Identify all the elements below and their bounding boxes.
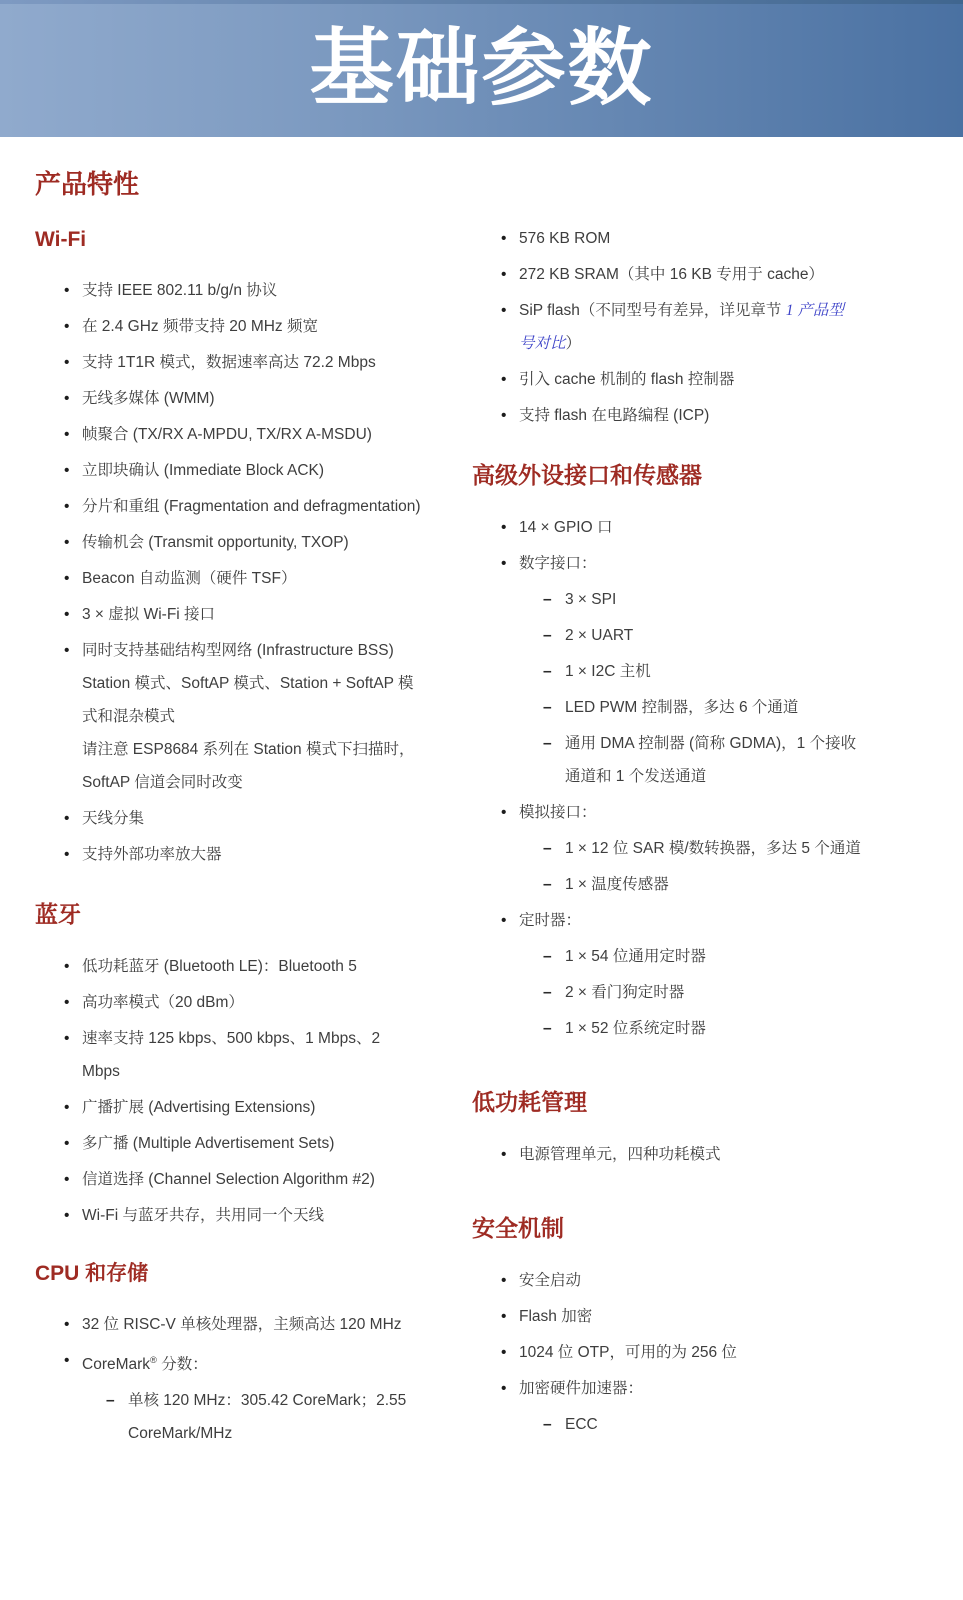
bullet-item: 立即块确认 (Immediate Block ACK)	[35, 454, 470, 487]
banner-top-edge	[0, 0, 963, 4]
bullet-item: 低功耗蓝牙 (Bluetooth LE)：Bluetooth 5	[35, 950, 470, 983]
section-wifi: Wi-Fi 支持 IEEE 802.11 b/g/n 协议在 2.4 GHz 频…	[35, 228, 470, 871]
section-heading-security: 安全机制	[472, 1215, 947, 1242]
page-banner: 基础参数	[0, 0, 963, 137]
section-security: 安全机制 安全启动Flash 加密1024 位 OTP，可用的为 256 位加密…	[472, 1215, 947, 1441]
bullet-text: 引入 cache 机制的 flash 控制器	[519, 371, 734, 388]
bullet-text: 速率支持 125 kbps、500 kbps、1 Mbps、2 Mbps	[82, 1030, 380, 1080]
dash-item: 2 × 看门狗定时器	[519, 976, 947, 1009]
bullet-item: 1024 位 OTP，可用的为 256 位	[472, 1336, 947, 1369]
bullet-item: Flash 加密	[472, 1300, 947, 1333]
wifi-feature-list: 支持 IEEE 802.11 b/g/n 协议在 2.4 GHz 频带支持 20…	[35, 274, 470, 871]
bullet-item: 无线多媒体 (WMM)	[35, 382, 470, 415]
bullet-item: 电源管理单元，四种功耗模式	[472, 1138, 947, 1171]
datasheet-page: 基础参数 产品特性 Wi-Fi 支持 IEEE 802.11 b/g/n 协议在…	[0, 0, 963, 1600]
bullet-item: 32 位 RISC-V 单核处理器，主频高达 120 MHz	[35, 1308, 470, 1341]
bullet-item: 数字接口：3 × SPI2 × UART1 × I2C 主机LED PWM 控制…	[472, 547, 947, 793]
bullet-text: 帧聚合 (TX/RX A-MPDU, TX/RX A-MSDU)	[82, 426, 372, 443]
section-cpu-storage: CPU 和存储 32 位 RISC-V 单核处理器，主频高达 120 MHzCo…	[35, 1262, 470, 1450]
bullet-text: 传输机会 (Transmit opportunity, TXOP)	[82, 534, 349, 551]
bullet-item: 支持 flash 在电路编程 (ICP)	[472, 399, 947, 432]
bullet-text: 数字接口：	[519, 555, 597, 572]
bullet-text: 支持外部功率放大器	[82, 846, 222, 863]
bullet-text: 支持 flash 在电路编程 (ICP)	[519, 407, 709, 424]
dash-item: 1 × 12 位 SAR 模/数转换器，多达 5 个通道	[519, 832, 947, 865]
bullet-item: 576 KB ROM	[472, 222, 947, 255]
bullet-item: CoreMark® 分数：单核 120 MHz：305.42 CoreMark；…	[35, 1344, 470, 1450]
bullet-item: 帧聚合 (TX/RX A-MPDU, TX/RX A-MSDU)	[35, 418, 470, 451]
bullet-text: 模拟接口：	[519, 804, 597, 821]
bullet-text: CoreMark® 分数：	[82, 1356, 208, 1373]
bullet-text: 信道选择 (Channel Selection Algorithm #2)	[82, 1171, 375, 1188]
dash-item: LED PWM 控制器，多达 6 个通道	[519, 691, 947, 724]
bluetooth-feature-list: 低功耗蓝牙 (Bluetooth LE)：Bluetooth 5高功率模式（20…	[35, 950, 470, 1232]
bullet-item: 信道选择 (Channel Selection Algorithm #2)	[35, 1163, 470, 1196]
bullet-item: 支持 IEEE 802.11 b/g/n 协议	[35, 274, 470, 307]
bullet-text: 14 × GPIO 口	[519, 519, 612, 536]
section-heading-low-power: 低功耗管理	[472, 1089, 947, 1116]
dash-item: 通用 DMA 控制器 (简称 GDMA)，1 个接收 通道和 1 个发送通道	[519, 727, 947, 793]
bullet-text: 安全启动	[519, 1272, 581, 1289]
bullet-text: 高功率模式（20 dBm）	[82, 994, 244, 1011]
bullet-item: 支持 1T1R 模式，数据速率高达 72.2 Mbps	[35, 346, 470, 379]
bullet-item: 加密硬件加速器：ECC	[472, 1372, 947, 1441]
text-fragment: ）	[566, 335, 582, 352]
bullet-text: 3 × 虚拟 Wi-Fi 接口	[82, 606, 215, 623]
cpu-storage-feature-list: 32 位 RISC-V 单核处理器，主频高达 120 MHzCoreMark® …	[35, 1308, 470, 1450]
section-heading-peripherals: 高级外设接口和传感器	[472, 462, 947, 489]
dash-item: 3 × SPI	[519, 583, 947, 616]
bullet-item: 3 × 虚拟 Wi-Fi 接口	[35, 598, 470, 631]
bullet-text: 定时器：	[519, 912, 581, 929]
bullet-text: 低功耗蓝牙 (Bluetooth LE)：Bluetooth 5	[82, 958, 357, 975]
bullet-item: 广播扩展 (Advertising Extensions)	[35, 1091, 470, 1124]
bullet-item: 天线分集	[35, 802, 470, 835]
bullet-item: 安全启动	[472, 1264, 947, 1297]
bullet-item: 同时支持基础结构型网络 (Infrastructure BSS) Station…	[35, 634, 470, 799]
bullet-text: 支持 1T1R 模式，数据速率高达 72.2 Mbps	[82, 354, 376, 371]
section-low-power: 低功耗管理 电源管理单元，四种功耗模式	[472, 1089, 947, 1171]
bullet-text: Wi-Fi 与蓝牙共存，共用同一个天线	[82, 1207, 324, 1224]
bullet-item: SiP flash（不同型号有差异，详见章节 1 产品型 号对比）	[472, 294, 947, 360]
bullet-text: 无线多媒体 (WMM)	[82, 390, 215, 407]
bullet-item: 14 × GPIO 口	[472, 511, 947, 544]
bullet-item: 高功率模式（20 dBm）	[35, 986, 470, 1019]
bullet-item: 模拟接口：1 × 12 位 SAR 模/数转换器，多达 5 个通道1 × 温度传…	[472, 796, 947, 901]
dash-item: ECC	[519, 1408, 947, 1441]
bullet-text: 272 KB SRAM（其中 16 KB 专用于 cache）	[519, 266, 824, 283]
cpu-storage-feature-list-continued: 576 KB ROM272 KB SRAM（其中 16 KB 专用于 cache…	[472, 222, 947, 432]
bullet-text: 多广播 (Multiple Advertisement Sets)	[82, 1135, 334, 1152]
bullet-text: 1024 位 OTP，可用的为 256 位	[519, 1344, 737, 1361]
section-heading-wifi: Wi-Fi	[35, 228, 470, 252]
bullet-item: 支持外部功率放大器	[35, 838, 470, 871]
bullet-text: SiP flash（不同型号有差异，详见章节 1 产品型 号对比）	[519, 302, 844, 352]
text-fragment: SiP flash（不同型号有差异，详见章节	[519, 302, 786, 319]
bullet-text: 在 2.4 GHz 频带支持 20 MHz 频宽	[82, 318, 318, 335]
bullet-item: 分片和重组 (Fragmentation and defragmentation…	[35, 490, 470, 523]
bullet-text: 576 KB ROM	[519, 230, 610, 247]
bullet-item: 在 2.4 GHz 频带支持 20 MHz 频宽	[35, 310, 470, 343]
registered-mark: ®	[150, 1355, 157, 1365]
bullet-text: 加密硬件加速器：	[519, 1380, 643, 1397]
security-feature-list: 安全启动Flash 加密1024 位 OTP，可用的为 256 位加密硬件加速器…	[472, 1264, 947, 1441]
dash-item: 单核 120 MHz：305.42 CoreMark；2.55 CoreMark…	[82, 1384, 470, 1450]
dash-item: 1 × 温度传感器	[519, 868, 947, 901]
section-bluetooth: 蓝牙 低功耗蓝牙 (Bluetooth LE)：Bluetooth 5高功率模式…	[35, 901, 470, 1232]
dash-item: 1 × 52 位系统定时器	[519, 1012, 947, 1045]
text-fragment: 分数：	[157, 1356, 208, 1373]
bullet-item: Beacon 自动监测（硬件 TSF）	[35, 562, 470, 595]
bullet-text: 支持 IEEE 802.11 b/g/n 协议	[82, 282, 277, 299]
bullet-text: 天线分集	[82, 810, 144, 827]
left-column: 产品特性 Wi-Fi 支持 IEEE 802.11 b/g/n 协议在 2.4 …	[35, 170, 470, 1453]
sub-list: ECC	[519, 1408, 947, 1441]
sub-list: 单核 120 MHz：305.42 CoreMark；2.55 CoreMark…	[82, 1384, 470, 1450]
page-title: 基础参数	[0, 0, 963, 137]
sub-list: 1 × 54 位通用定时器2 × 看门狗定时器1 × 52 位系统定时器	[519, 940, 947, 1045]
bullet-text: 同时支持基础结构型网络 (Infrastructure BSS) Station…	[82, 642, 414, 791]
section-heading-bluetooth: 蓝牙	[35, 901, 470, 928]
main-heading-product-features: 产品特性	[35, 170, 470, 200]
bullet-text: Flash 加密	[519, 1308, 592, 1325]
bullet-item: 传输机会 (Transmit opportunity, TXOP)	[35, 526, 470, 559]
bullet-item: 速率支持 125 kbps、500 kbps、1 Mbps、2 Mbps	[35, 1022, 470, 1088]
bullet-text: Beacon 自动监测（硬件 TSF）	[82, 570, 296, 587]
dash-item: 2 × UART	[519, 619, 947, 652]
bullet-text: 电源管理单元，四种功耗模式	[519, 1146, 721, 1163]
bullet-item: 引入 cache 机制的 flash 控制器	[472, 363, 947, 396]
peripherals-feature-list: 14 × GPIO 口数字接口：3 × SPI2 × UART1 × I2C 主…	[472, 511, 947, 1045]
dash-item: 1 × I2C 主机	[519, 655, 947, 688]
bullet-text: 立即块确认 (Immediate Block ACK)	[82, 462, 324, 479]
sub-list: 3 × SPI2 × UART1 × I2C 主机LED PWM 控制器，多达 …	[519, 583, 947, 793]
section-heading-cpu-storage: CPU 和存储	[35, 1262, 470, 1286]
bullet-item: 272 KB SRAM（其中 16 KB 专用于 cache）	[472, 258, 947, 291]
low-power-feature-list: 电源管理单元，四种功耗模式	[472, 1138, 947, 1171]
bullet-text: 广播扩展 (Advertising Extensions)	[82, 1099, 315, 1116]
sub-list: 1 × 12 位 SAR 模/数转换器，多达 5 个通道1 × 温度传感器	[519, 832, 947, 901]
bullet-text: 分片和重组 (Fragmentation and defragmentation…	[82, 498, 421, 515]
bullet-item: Wi-Fi 与蓝牙共存，共用同一个天线	[35, 1199, 470, 1232]
section-peripherals: 高级外设接口和传感器 14 × GPIO 口数字接口：3 × SPI2 × UA…	[472, 462, 947, 1045]
bullet-text: 32 位 RISC-V 单核处理器，主频高达 120 MHz	[82, 1316, 402, 1333]
dash-item: 1 × 54 位通用定时器	[519, 940, 947, 973]
right-column: 576 KB ROM272 KB SRAM（其中 16 KB 专用于 cache…	[472, 222, 947, 1444]
bullet-item: 定时器：1 × 54 位通用定时器2 × 看门狗定时器1 × 52 位系统定时器	[472, 904, 947, 1045]
text-fragment: CoreMark	[82, 1356, 150, 1373]
bullet-item: 多广播 (Multiple Advertisement Sets)	[35, 1127, 470, 1160]
